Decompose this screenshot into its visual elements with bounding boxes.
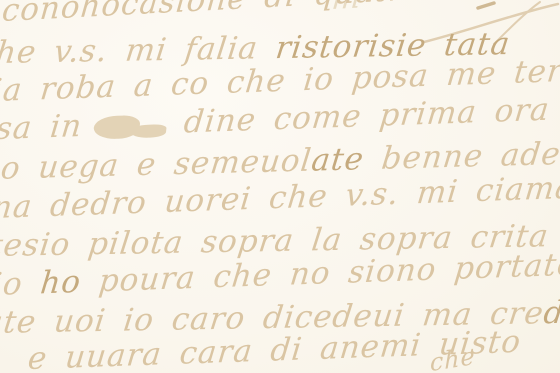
handwriting-segment-dark: ho bbox=[39, 264, 83, 302]
handwriting-segment: io bbox=[0, 265, 42, 303]
manuscript-page: m conohocasione di quatro he v.s. mi fal… bbox=[0, 0, 560, 373]
handwriting-segment: sa in bbox=[0, 108, 84, 147]
handwriting-segment-dark: ate bbox=[310, 141, 366, 178]
handwriting-segment: conohocasione di quatro bbox=[0, 0, 425, 29]
ink-blot bbox=[93, 115, 141, 140]
handwriting-line-1: conohocasione di quatro bbox=[0, 0, 425, 30]
